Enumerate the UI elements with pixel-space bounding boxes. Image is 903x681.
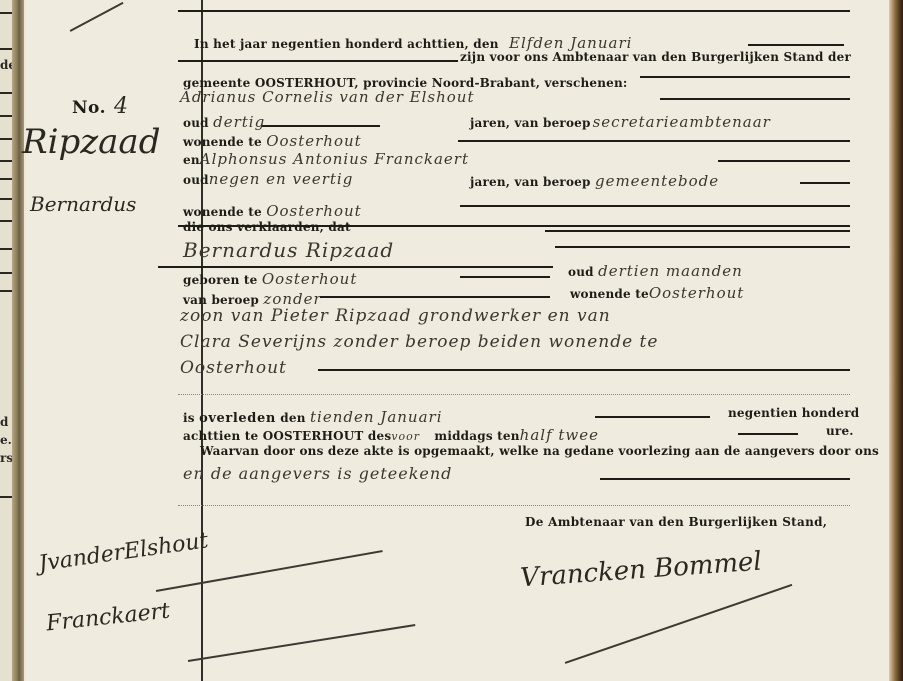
line-parents-1: zoon van Pieter Ripzaad grondwerker en v… (180, 306, 611, 326)
overleden-label: overleden (199, 411, 276, 426)
fill-rule (460, 276, 550, 278)
fill-rule (800, 182, 850, 184)
line-parents-2: Clara Severijns zonder beroep beiden won… (180, 332, 658, 352)
line-declarant-1-age: oud dertig (183, 113, 265, 131)
handwritten-signed: en de aangevers is geteekend (183, 464, 452, 483)
line-closing-statement: Waarvan door ons deze akte is opgemaakt,… (200, 444, 879, 458)
record-number-value: 4 (114, 94, 129, 119)
fill-rule (545, 230, 850, 232)
line-declarant-2-age: oudnegen en veertig (183, 170, 353, 188)
handwritten-residence-2: Oosterhout (266, 202, 361, 220)
margin-given-name: Bernardus (30, 192, 136, 216)
handwritten-ampm: voor (391, 430, 420, 443)
signature-witness-2: Franckaert (45, 599, 171, 637)
handwritten-parents-father: zoon van Pieter Ripzaad grondwerker en v… (180, 306, 611, 326)
handwritten-parents-mother: Clara Severijns zonder beroep beiden won… (180, 332, 658, 352)
fill-rule (458, 140, 850, 142)
fill-rule (738, 433, 798, 435)
line-deceased-age: oud dertien maanden (568, 262, 743, 280)
line-deceased: Bernardus Ripzaad (183, 238, 394, 262)
handwritten-death-date: tienden Januari (310, 408, 442, 426)
record-number: No.4 (72, 94, 129, 119)
fill-rule (158, 266, 553, 268)
handwritten-birthplace: Oosterhout (262, 270, 357, 288)
pen-stroke (70, 2, 124, 31)
dotted-rule (178, 394, 850, 395)
line-declarant-2: enAlphonsus Antonius Franckaert (183, 150, 469, 168)
signature-underline (188, 624, 415, 661)
handwritten-parents-residence: Oosterhout (180, 358, 287, 378)
line-parents-3: Oosterhout (180, 358, 287, 378)
dotted-rule (178, 505, 850, 506)
fill-rule (595, 416, 710, 418)
line-death-time: achttien te OOSTERHOUT desvoor middags t… (183, 426, 599, 444)
handwritten-time: half twee (520, 426, 599, 444)
handwritten-declarant-2: Alphonsus Antonius Franckaert (200, 150, 469, 168)
handwritten-deceased-name: Bernardus Ripzaad (183, 238, 394, 262)
line-declarant-2-occupation: jaren, van beroep gemeentebode (470, 172, 719, 190)
handwritten-occupation-1: secretarieambtenaar (593, 113, 771, 131)
line-declarant-1-occupation: jaren, van beroepsecretarieambtenaar (470, 113, 771, 131)
line-ure: ure. (826, 424, 854, 438)
fill-rule (555, 246, 850, 248)
left-page-fragment: e. (0, 433, 12, 447)
handwritten-age-1: dertig (213, 113, 265, 131)
line-declaration: die ons verklaarden, dat (183, 220, 351, 234)
handwritten-age-2: negen en veertig (209, 170, 354, 188)
line-death-date: is overleden den tienden Januari (183, 408, 443, 426)
left-page-fragment: d (0, 415, 8, 429)
line-declarant-1-residence: wonende te Oosterhout (183, 132, 362, 150)
fill-rule (178, 60, 458, 62)
signature-witness-1: JvanderElshout (37, 528, 210, 577)
line-declarant-1: Adrianus Cornelis van der Elshout (180, 88, 475, 106)
line-signed: en de aangevers is geteekend (183, 464, 452, 483)
handwritten-declarant-1: Adrianus Cornelis van der Elshout (180, 88, 475, 106)
fill-rule (748, 44, 844, 46)
margin-surname: Ripzaad (22, 122, 160, 162)
right-page-edge (889, 0, 903, 681)
line-death-year: negentien honderd (728, 406, 859, 420)
fill-rule (318, 369, 850, 371)
fill-rule (640, 76, 850, 78)
fill-rule (320, 296, 550, 298)
line-declarant-2-residence: wonende te Oosterhout (183, 202, 362, 220)
line-official: zijn voor ons Ambtenaar van den Burgerli… (460, 50, 851, 64)
book-binding (12, 0, 24, 681)
top-rule (178, 10, 850, 12)
line-birthplace: geboren te Oosterhout (183, 270, 357, 288)
fill-rule (262, 125, 380, 127)
fill-rule (718, 160, 850, 162)
line-deceased-residence: wonende teOosterhout (570, 284, 744, 302)
fill-rule (460, 205, 850, 207)
signature-underline (156, 550, 383, 591)
official-title: De Ambtenaar van den Burgerlijken Stand, (525, 515, 827, 529)
handwritten-occupation-2: gemeentebode (595, 172, 719, 190)
handwritten-deceased-residence: Oosterhout (649, 284, 744, 302)
handwritten-deceased-age: dertien maanden (598, 262, 743, 280)
handwritten-residence-1: Oosterhout (266, 132, 361, 150)
fill-rule (660, 98, 850, 100)
fill-rule (600, 478, 850, 480)
